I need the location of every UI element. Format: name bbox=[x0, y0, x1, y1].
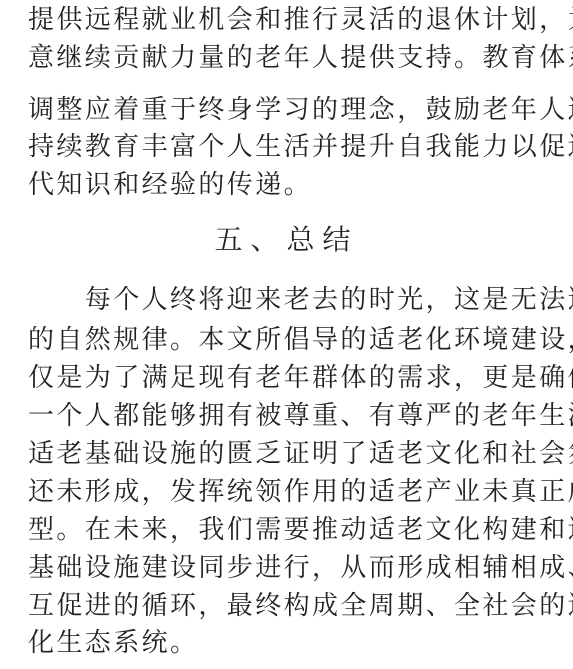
paragraph-line: 基础设施建设同步进行，从而形成相辅相成、相 bbox=[28, 553, 548, 583]
section-heading: 五、总结 bbox=[0, 224, 573, 256]
paragraph-line: 提供远程就业机会和推行灵活的退休计划，为愿 bbox=[28, 5, 548, 35]
paragraph-line: 代知识和经验的传递。 bbox=[28, 170, 548, 200]
paragraph-line: 适老基础设施的匮乏证明了适老文化和社会氛围 bbox=[28, 439, 548, 469]
paragraph-line: 还未形成，发挥统领作用的适老产业未真正成 bbox=[28, 477, 548, 507]
paragraph-line: 互促进的循环，最终构成全周期、全社会的适老 bbox=[28, 591, 548, 621]
paragraph-line: 化生态系统。 bbox=[28, 628, 548, 658]
paragraph-line: 型。在未来，我们需要推动适老文化构建和适老 bbox=[28, 515, 548, 545]
paragraph-line: 一个人都能够拥有被尊重、有尊严的老年生活。 bbox=[28, 401, 548, 431]
paragraph-line: 持续教育丰富个人生活并提升自我能力以促进跨 bbox=[28, 132, 548, 162]
paragraph-line: 调整应着重于终身学习的理念，鼓励老年人通过 bbox=[28, 95, 548, 125]
paragraph-line: 意继续贡献力量的老年人提供支持。教育体系的 bbox=[28, 43, 548, 73]
document-page: 提供远程就业机会和推行灵活的退休计划，为愿 意继续贡献力量的老年人提供支持。教育… bbox=[0, 0, 573, 669]
paragraph-line: 的自然规律。本文所倡导的适老化环境建设，不 bbox=[28, 325, 548, 355]
paragraph-line: 仅是为了满足现有老年群体的需求，更是确保每 bbox=[28, 363, 548, 393]
paragraph-line: 每个人终将迎来老去的时光，这是无法逃避 bbox=[28, 285, 548, 315]
